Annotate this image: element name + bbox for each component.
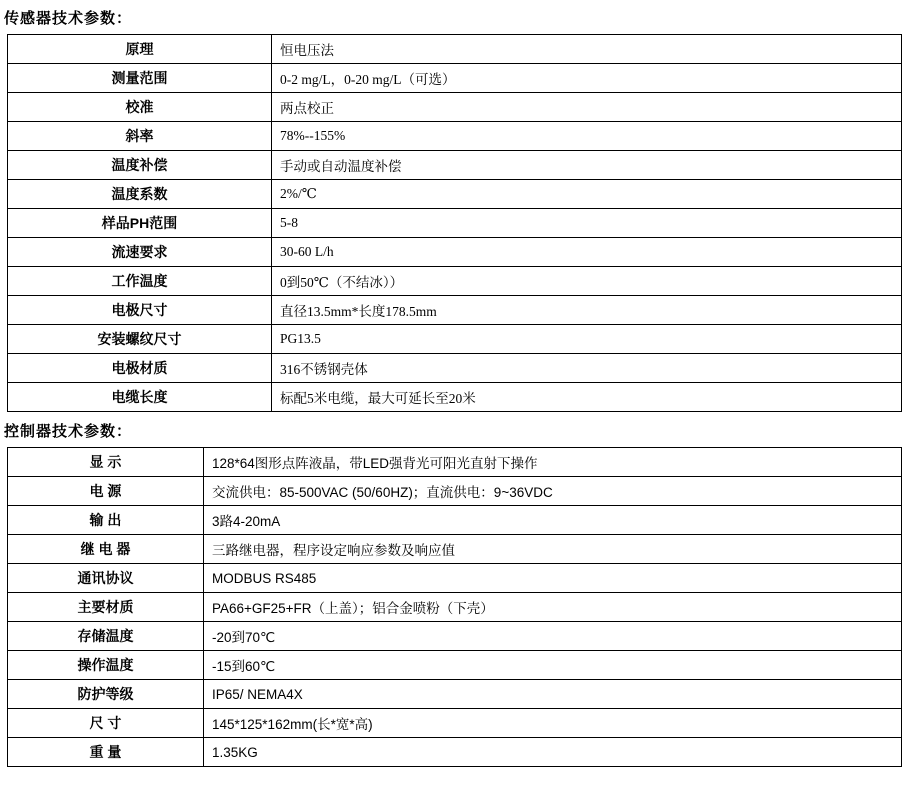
sensor-section-title: 传感器技术参数：	[4, 7, 914, 28]
param-label: 防护等级	[8, 680, 204, 709]
param-value: 316不锈钢壳体	[272, 354, 902, 383]
param-value: 78%--155%	[272, 122, 902, 151]
table-row: 电 源交流供电：85-500VAC (50/60HZ)；直流供电：9~36VDC	[8, 477, 902, 506]
param-label: 操作温度	[8, 651, 204, 680]
param-label: 样品PH范围	[8, 209, 272, 238]
param-value: 手动或自动温度补偿	[272, 151, 902, 180]
table-row: 温度系数2%/℃	[8, 180, 902, 209]
param-value: 2%/℃	[272, 180, 902, 209]
param-label: 测量范围	[8, 64, 272, 93]
table-row: 安装螺纹尺寸PG13.5	[8, 325, 902, 354]
param-label: 流速要求	[8, 238, 272, 267]
table-row: 显 示128*64图形点阵液晶，带LED强背光可阳光直射下操作	[8, 448, 902, 477]
param-value: 三路继电器，程序设定响应参数及响应值	[204, 535, 902, 564]
table-row: 电极尺寸直径13.5mm*长度178.5mm	[8, 296, 902, 325]
param-value: IP65/ NEMA4X	[204, 680, 902, 709]
table-row: 样品PH范围5-8	[8, 209, 902, 238]
param-label: 原理	[8, 35, 272, 64]
param-label: 安装螺纹尺寸	[8, 325, 272, 354]
param-label: 校准	[8, 93, 272, 122]
param-value: PG13.5	[272, 325, 902, 354]
param-label: 尺 寸	[8, 709, 204, 738]
table-row: 尺 寸145*125*162mm(长*宽*高)	[8, 709, 902, 738]
param-label: 电缆长度	[8, 383, 272, 412]
table-row: 重 量1.35KG	[8, 738, 902, 767]
param-value: MODBUS RS485	[204, 564, 902, 593]
param-value: -20到70℃	[204, 622, 902, 651]
param-label: 重 量	[8, 738, 204, 767]
param-label: 输 出	[8, 506, 204, 535]
table-row: 防护等级IP65/ NEMA4X	[8, 680, 902, 709]
param-label: 存储温度	[8, 622, 204, 651]
param-value: 直径13.5mm*长度178.5mm	[272, 296, 902, 325]
table-row: 校准两点校正	[8, 93, 902, 122]
table-row: 电缆长度标配5米电缆，最大可延长至20米	[8, 383, 902, 412]
table-row: 存储温度-20到70℃	[8, 622, 902, 651]
param-label: 主要材质	[8, 593, 204, 622]
param-value: 5-8	[272, 209, 902, 238]
param-value: 1.35KG	[204, 738, 902, 767]
param-value: PA66+GF25+FR（上盖）；铝合金喷粉（下壳）	[204, 593, 902, 622]
table-row: 工作温度0到50℃（不结冰））	[8, 267, 902, 296]
controller-spec-table: 显 示128*64图形点阵液晶，带LED强背光可阳光直射下操作电 源交流供电：8…	[7, 447, 902, 767]
table-row: 斜率78%--155%	[8, 122, 902, 151]
param-value: 0到50℃（不结冰））	[272, 267, 902, 296]
table-row: 原理恒电压法	[8, 35, 902, 64]
table-row: 温度补偿手动或自动温度补偿	[8, 151, 902, 180]
param-value: 交流供电：85-500VAC (50/60HZ)；直流供电：9~36VDC	[204, 477, 902, 506]
param-value: 128*64图形点阵液晶，带LED强背光可阳光直射下操作	[204, 448, 902, 477]
param-label: 电极尺寸	[8, 296, 272, 325]
table-row: 主要材质PA66+GF25+FR（上盖）；铝合金喷粉（下壳）	[8, 593, 902, 622]
param-value: 30-60 L/h	[272, 238, 902, 267]
param-label: 工作温度	[8, 267, 272, 296]
param-label: 电极材质	[8, 354, 272, 383]
table-row: 输 出3路4-20mA	[8, 506, 902, 535]
spec-document-page: 传感器技术参数： 原理恒电压法测量范围0-2 mg/L，0-20 mg/L（可选…	[0, 0, 914, 789]
sensor-section: 传感器技术参数： 原理恒电压法测量范围0-2 mg/L，0-20 mg/L（可选…	[0, 0, 914, 412]
param-label: 通讯协议	[8, 564, 204, 593]
param-value: 145*125*162mm(长*宽*高)	[204, 709, 902, 738]
sensor-spec-table: 原理恒电压法测量范围0-2 mg/L，0-20 mg/L（可选）校准两点校正斜率…	[7, 34, 902, 412]
param-label: 温度系数	[8, 180, 272, 209]
param-value: 恒电压法	[272, 35, 902, 64]
table-row: 流速要求30-60 L/h	[8, 238, 902, 267]
param-label: 继 电 器	[8, 535, 204, 564]
table-row: 测量范围0-2 mg/L，0-20 mg/L（可选）	[8, 64, 902, 93]
param-value: -15到60℃	[204, 651, 902, 680]
table-row: 电极材质316不锈钢壳体	[8, 354, 902, 383]
param-label: 斜率	[8, 122, 272, 151]
param-value: 0-2 mg/L，0-20 mg/L（可选）	[272, 64, 902, 93]
param-value: 3路4-20mA	[204, 506, 902, 535]
controller-section-title: 控制器技术参数：	[4, 420, 914, 441]
param-label: 电 源	[8, 477, 204, 506]
table-row: 通讯协议MODBUS RS485	[8, 564, 902, 593]
table-row: 操作温度-15到60℃	[8, 651, 902, 680]
param-label: 温度补偿	[8, 151, 272, 180]
controller-section: 控制器技术参数： 显 示128*64图形点阵液晶，带LED强背光可阳光直射下操作…	[0, 412, 914, 767]
table-row: 继 电 器三路继电器，程序设定响应参数及响应值	[8, 535, 902, 564]
param-label: 显 示	[8, 448, 204, 477]
param-value: 两点校正	[272, 93, 902, 122]
param-value: 标配5米电缆，最大可延长至20米	[272, 383, 902, 412]
